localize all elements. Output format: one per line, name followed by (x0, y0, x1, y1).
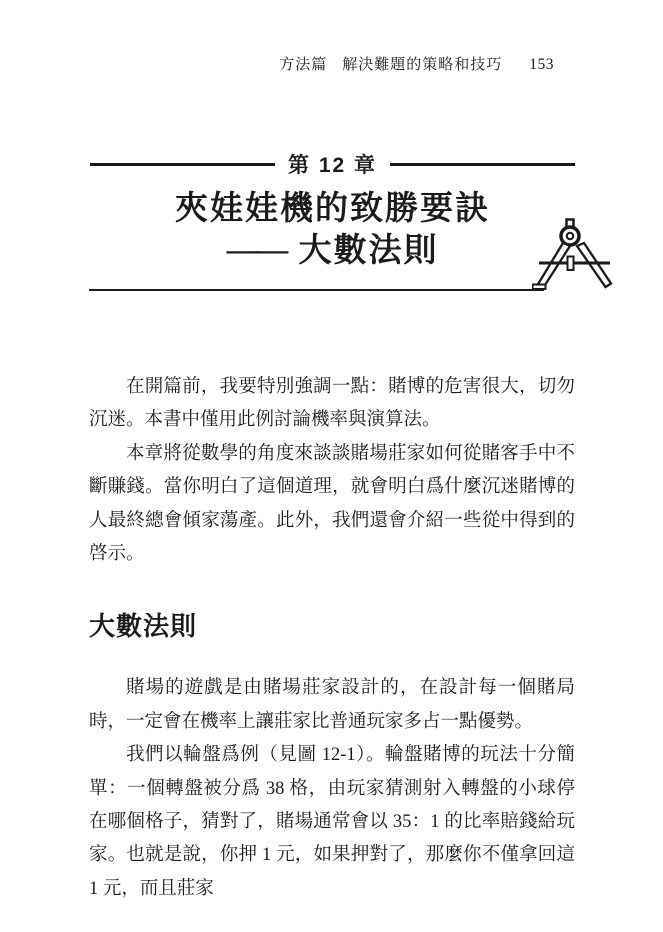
running-header: 方法篇 解決難題的策略和技巧 153 (90, 53, 575, 74)
chapter-subtitle: ——大數法則 (90, 229, 575, 271)
chapter-rule-right (390, 163, 575, 166)
drafting-compass-icon (532, 218, 616, 296)
title-divider-rule (89, 289, 544, 291)
body-paragraph: 我們以輪盤爲例（見圖 12-1）。輪盤賭博的玩法十分簡單：一個轉盤被分爲 38 … (89, 739, 575, 906)
section-heading: 大數法則 (89, 610, 575, 644)
subtitle-text: 大數法則 (299, 231, 439, 268)
chapter-heading-row: 第 12 章 (90, 149, 575, 179)
body-paragraph: 賭場的遊戲是由賭場莊家設計的，在設計每一個賭局時，一定會在機率上讓莊家比普通玩家… (89, 672, 575, 739)
chapter-title: 夾娃娃機的致勝要訣 (90, 187, 575, 229)
body-paragraph: 本章將從數學的角度來談談賭場莊家如何從賭客手中不斷賺錢。當你明白了這個道理，就會… (89, 438, 575, 572)
chapter-title-block: 夾娃娃機的致勝要訣 ——大數法則 (90, 187, 575, 271)
header-book-title: 解決難題的策略和技巧 (342, 53, 502, 74)
subtitle-dash: —— (227, 231, 285, 268)
body-paragraph: 在開篇前，我要特別強調一點：賭博的危害很大，切勿沉迷。本書中僅用此例討論機率與演… (89, 371, 575, 438)
chapter-rule-left (90, 163, 275, 166)
page-number: 153 (529, 56, 554, 74)
book-page: 方法篇 解決難題的策略和技巧 153 第 12 章 夾娃娃機的致勝要訣 ——大數… (0, 0, 663, 932)
body-text: 在開篇前，我要特別強調一點：賭博的危害很大，切勿沉迷。本書中僅用此例討論機率與演… (89, 371, 575, 906)
header-section-label: 方法篇 (279, 53, 327, 74)
chapter-label: 第 12 章 (288, 149, 377, 179)
